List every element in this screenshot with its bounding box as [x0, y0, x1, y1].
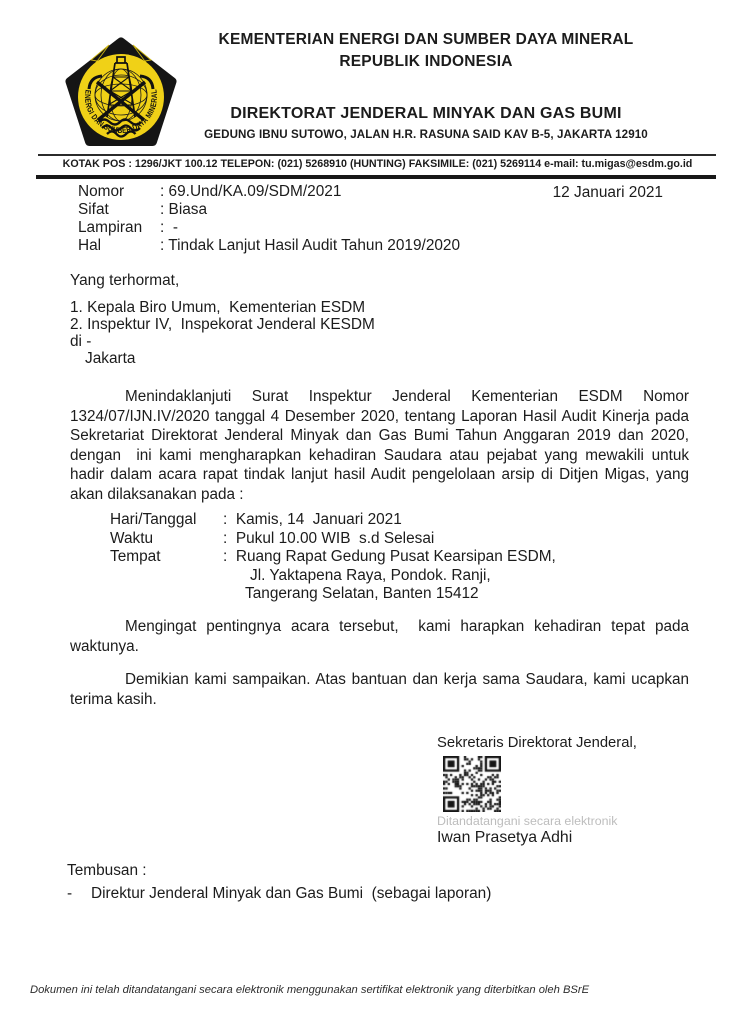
event-value: : Pukul 10.00 WIB s.d Selesai	[223, 530, 434, 547]
meta-row-hal: Hal: Tindak Lanjut Hasil Audit Tahun 201…	[78, 237, 460, 255]
meta-value: : Tindak Lanjut Hasil Audit Tahun 2019/2…	[160, 237, 460, 254]
letter-date: 12 Januari 2021	[553, 184, 663, 202]
meta-row-nomor: Nomor: 69.Und/KA.09/SDM/2021	[78, 183, 460, 201]
event-value: : Kamis, 14 Januari 2021	[223, 511, 402, 528]
event-row-time: Waktu: Pukul 10.00 WIB s.d Selesai	[110, 530, 556, 549]
meta-label: Sifat	[78, 201, 160, 219]
letter-meta: Nomor: 69.Und/KA.09/SDM/2021 Sifat: Bias…	[78, 183, 460, 255]
event-details: Hari/Tanggal: Kamis, 14 Januari 2021 Wak…	[110, 511, 556, 604]
meta-row-sifat: Sifat: Biasa	[78, 201, 460, 219]
letter-page: ENERGI DAN SUMBER DAYA MINERAL KEMENTERI…	[0, 0, 755, 1024]
event-label: Waktu	[110, 530, 223, 549]
letterhead-rule-thick	[36, 175, 716, 179]
meta-value: : -	[160, 219, 178, 236]
ministry-name: KEMENTERIAN ENERGI DAN SUMBER DAYA MINER…	[140, 30, 712, 49]
signature-block: Sekretaris Direktorat Jenderal, Ditandat…	[437, 735, 637, 847]
recipient-item: 1. Kepala Biro Umum, Kementerian ESDM	[70, 299, 375, 316]
recipients-heading: Yang terhormat,	[70, 272, 375, 289]
meta-value: : 69.Und/KA.09/SDM/2021	[160, 183, 341, 200]
event-value: : Ruang Rapat Gedung Pusat Kearsipan ESD…	[223, 548, 556, 565]
venue-line: Jl. Yaktapena Raya, Pondok. Ranji,	[110, 567, 556, 586]
contact-line: KOTAK POS : 1296/JKT 100.12 TELEPON: (02…	[0, 158, 755, 170]
recipient-item: 2. Inspektur IV, Inspekorat Jenderal KES…	[70, 316, 375, 333]
event-label: Tempat	[110, 548, 223, 567]
meta-value: : Biasa	[160, 201, 207, 218]
tembusan-item: -Direktur Jenderal Minyak dan Gas Bumi (…	[67, 885, 491, 903]
tembusan-text: Direktur Jenderal Minyak dan Gas Bumi (s…	[91, 885, 491, 902]
qr-code	[443, 756, 501, 812]
letterhead: KEMENTERIAN ENERGI DAN SUMBER DAYA MINER…	[140, 30, 712, 141]
event-row-place: Tempat: Ruang Rapat Gedung Pusat Kearsip…	[110, 548, 556, 567]
esign-note: Ditandatangani secara elektronik	[437, 814, 637, 828]
tembusan-heading: Tembusan :	[67, 862, 491, 880]
letterhead-rule-thin	[38, 154, 716, 156]
meta-label: Lampiran	[78, 219, 160, 237]
recipients-city: Jakarta	[70, 350, 375, 367]
signer-title: Sekretaris Direktorat Jenderal,	[437, 735, 637, 751]
event-label: Hari/Tanggal	[110, 511, 223, 530]
meta-label: Hal	[78, 237, 160, 255]
office-address: GEDUNG IBNU SUTOWO, JALAN H.R. RASUNA SA…	[140, 128, 712, 141]
reminder-paragraph: Mengingat pentingnya acara tersebut, kam…	[70, 617, 689, 656]
meta-row-lampiran: Lampiran: -	[78, 219, 460, 237]
directorate-name: DIREKTORAT JENDERAL MINYAK DAN GAS BUMI	[140, 104, 712, 124]
tembusan-block: Tembusan : -Direktur Jenderal Minyak dan…	[67, 862, 491, 903]
recipients-block: Yang terhormat, 1. Kepala Biro Umum, Kem…	[70, 272, 375, 367]
opening-paragraph: Menindaklanjuti Surat Inspektur Jenderal…	[70, 387, 689, 505]
footer-note: Dokumen ini telah ditandatangani secara …	[30, 984, 589, 996]
closing-paragraph: Demikian kami sampaikan. Atas bantuan da…	[70, 670, 689, 709]
venue-line: Tangerang Selatan, Banten 15412	[110, 585, 556, 604]
meta-label: Nomor	[78, 183, 160, 201]
event-row-day: Hari/Tanggal: Kamis, 14 Januari 2021	[110, 511, 556, 530]
republic-line: REPUBLIK INDONESIA	[140, 52, 712, 71]
tembusan-dash: -	[67, 885, 91, 903]
recipients-di-line: di -	[70, 333, 375, 350]
signer-name: Iwan Prasetya Adhi	[437, 829, 637, 847]
